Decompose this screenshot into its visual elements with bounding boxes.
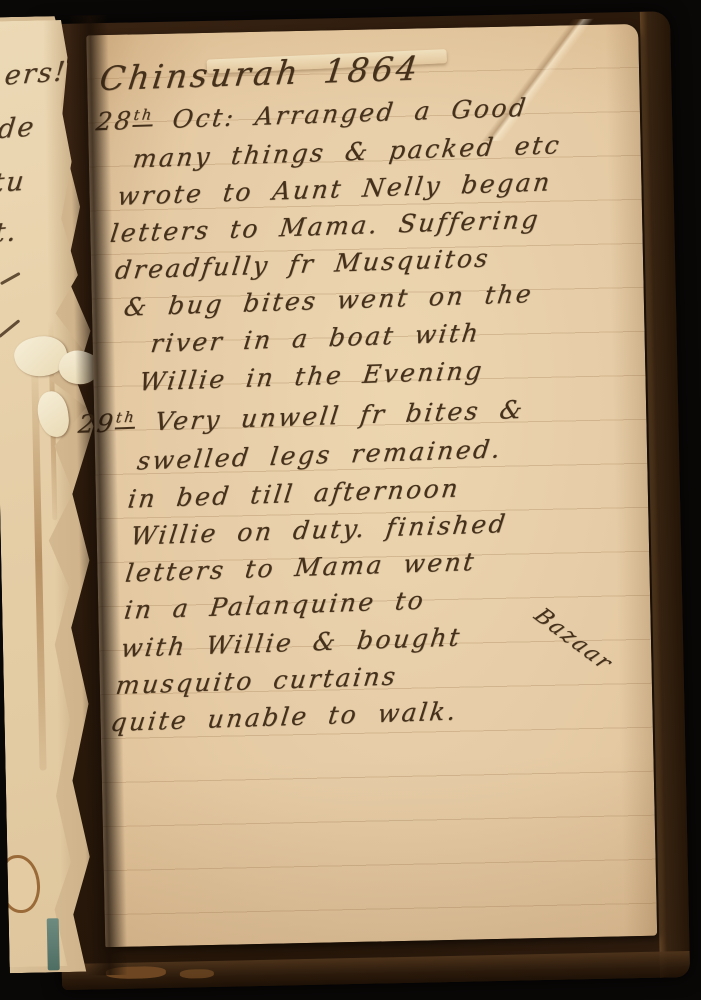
entry-29oct-line: swelled legs remained. <box>135 434 504 475</box>
left-page-text-fragment: t. <box>0 216 19 249</box>
entry-29oct-ordinal: th <box>115 409 138 429</box>
stain-mark <box>0 855 41 914</box>
diary-book: ers! de tu t. Chinsurah 1864 28th Oc <box>0 0 701 1000</box>
entry-29oct-line: in bed till afternoon <box>126 474 462 514</box>
teal-board-fragment <box>47 918 60 970</box>
entry-28oct-line: many things & packed etc <box>131 130 563 173</box>
entry-29oct-text: Very unwell fr bites & <box>153 395 526 436</box>
entry-28oct-line: river in a boat with <box>149 318 482 358</box>
ink-stroke <box>0 272 21 285</box>
main-page: Chinsurah 1864 28th Oct: Arranged a Good… <box>86 24 657 947</box>
entry-28oct-month: Oct: <box>171 103 238 134</box>
entry-28oct-line: Willie in the Evening <box>138 356 486 396</box>
photo-background: ers! de tu t. Chinsurah 1864 28th Oc <box>0 0 701 1000</box>
entry-28oct-text: Arranged a Good <box>253 93 529 131</box>
ink-stroke <box>0 319 20 338</box>
cover-debris <box>180 969 214 979</box>
entry-28oct-line: letters to Mama. Suffering <box>109 205 542 248</box>
entry-28oct-line: & bug bites went on the <box>122 279 535 322</box>
left-page-text-fragment: ers! <box>3 56 68 92</box>
margin-word-bazaar: Bazaar <box>528 604 618 676</box>
entry-28oct-ordinal: th <box>132 107 155 127</box>
entry-29oct-line: musquito curtains <box>114 662 399 700</box>
entry-28oct-line: 28th Oct: Arranged a Good <box>94 93 529 136</box>
entry-29oct-line: 29th Very unwell fr bites & <box>77 395 527 439</box>
left-page-text-fragment: de <box>0 112 37 146</box>
entry-28oct-day: 28 <box>94 106 134 136</box>
left-page-text-fragment: tu <box>0 166 27 199</box>
entry-29oct-line: Willie on duty. finished <box>129 509 509 551</box>
entry-29oct-line: with Willie & bought <box>119 622 463 662</box>
entry-29oct-line: in a Palanquine to <box>123 586 428 625</box>
entry-29oct-line: quite unable to walk. <box>109 697 460 738</box>
entry-29oct-day: 29 <box>77 408 117 438</box>
entry-29oct-line: letters to Mama went <box>124 547 478 588</box>
entry-28oct-line: wrote to Aunt Nelly began <box>116 167 554 210</box>
heading-line: Chinsurah 1864 <box>98 48 423 98</box>
entry-28oct-line: dreadfully fr Musquitos <box>113 243 491 285</box>
